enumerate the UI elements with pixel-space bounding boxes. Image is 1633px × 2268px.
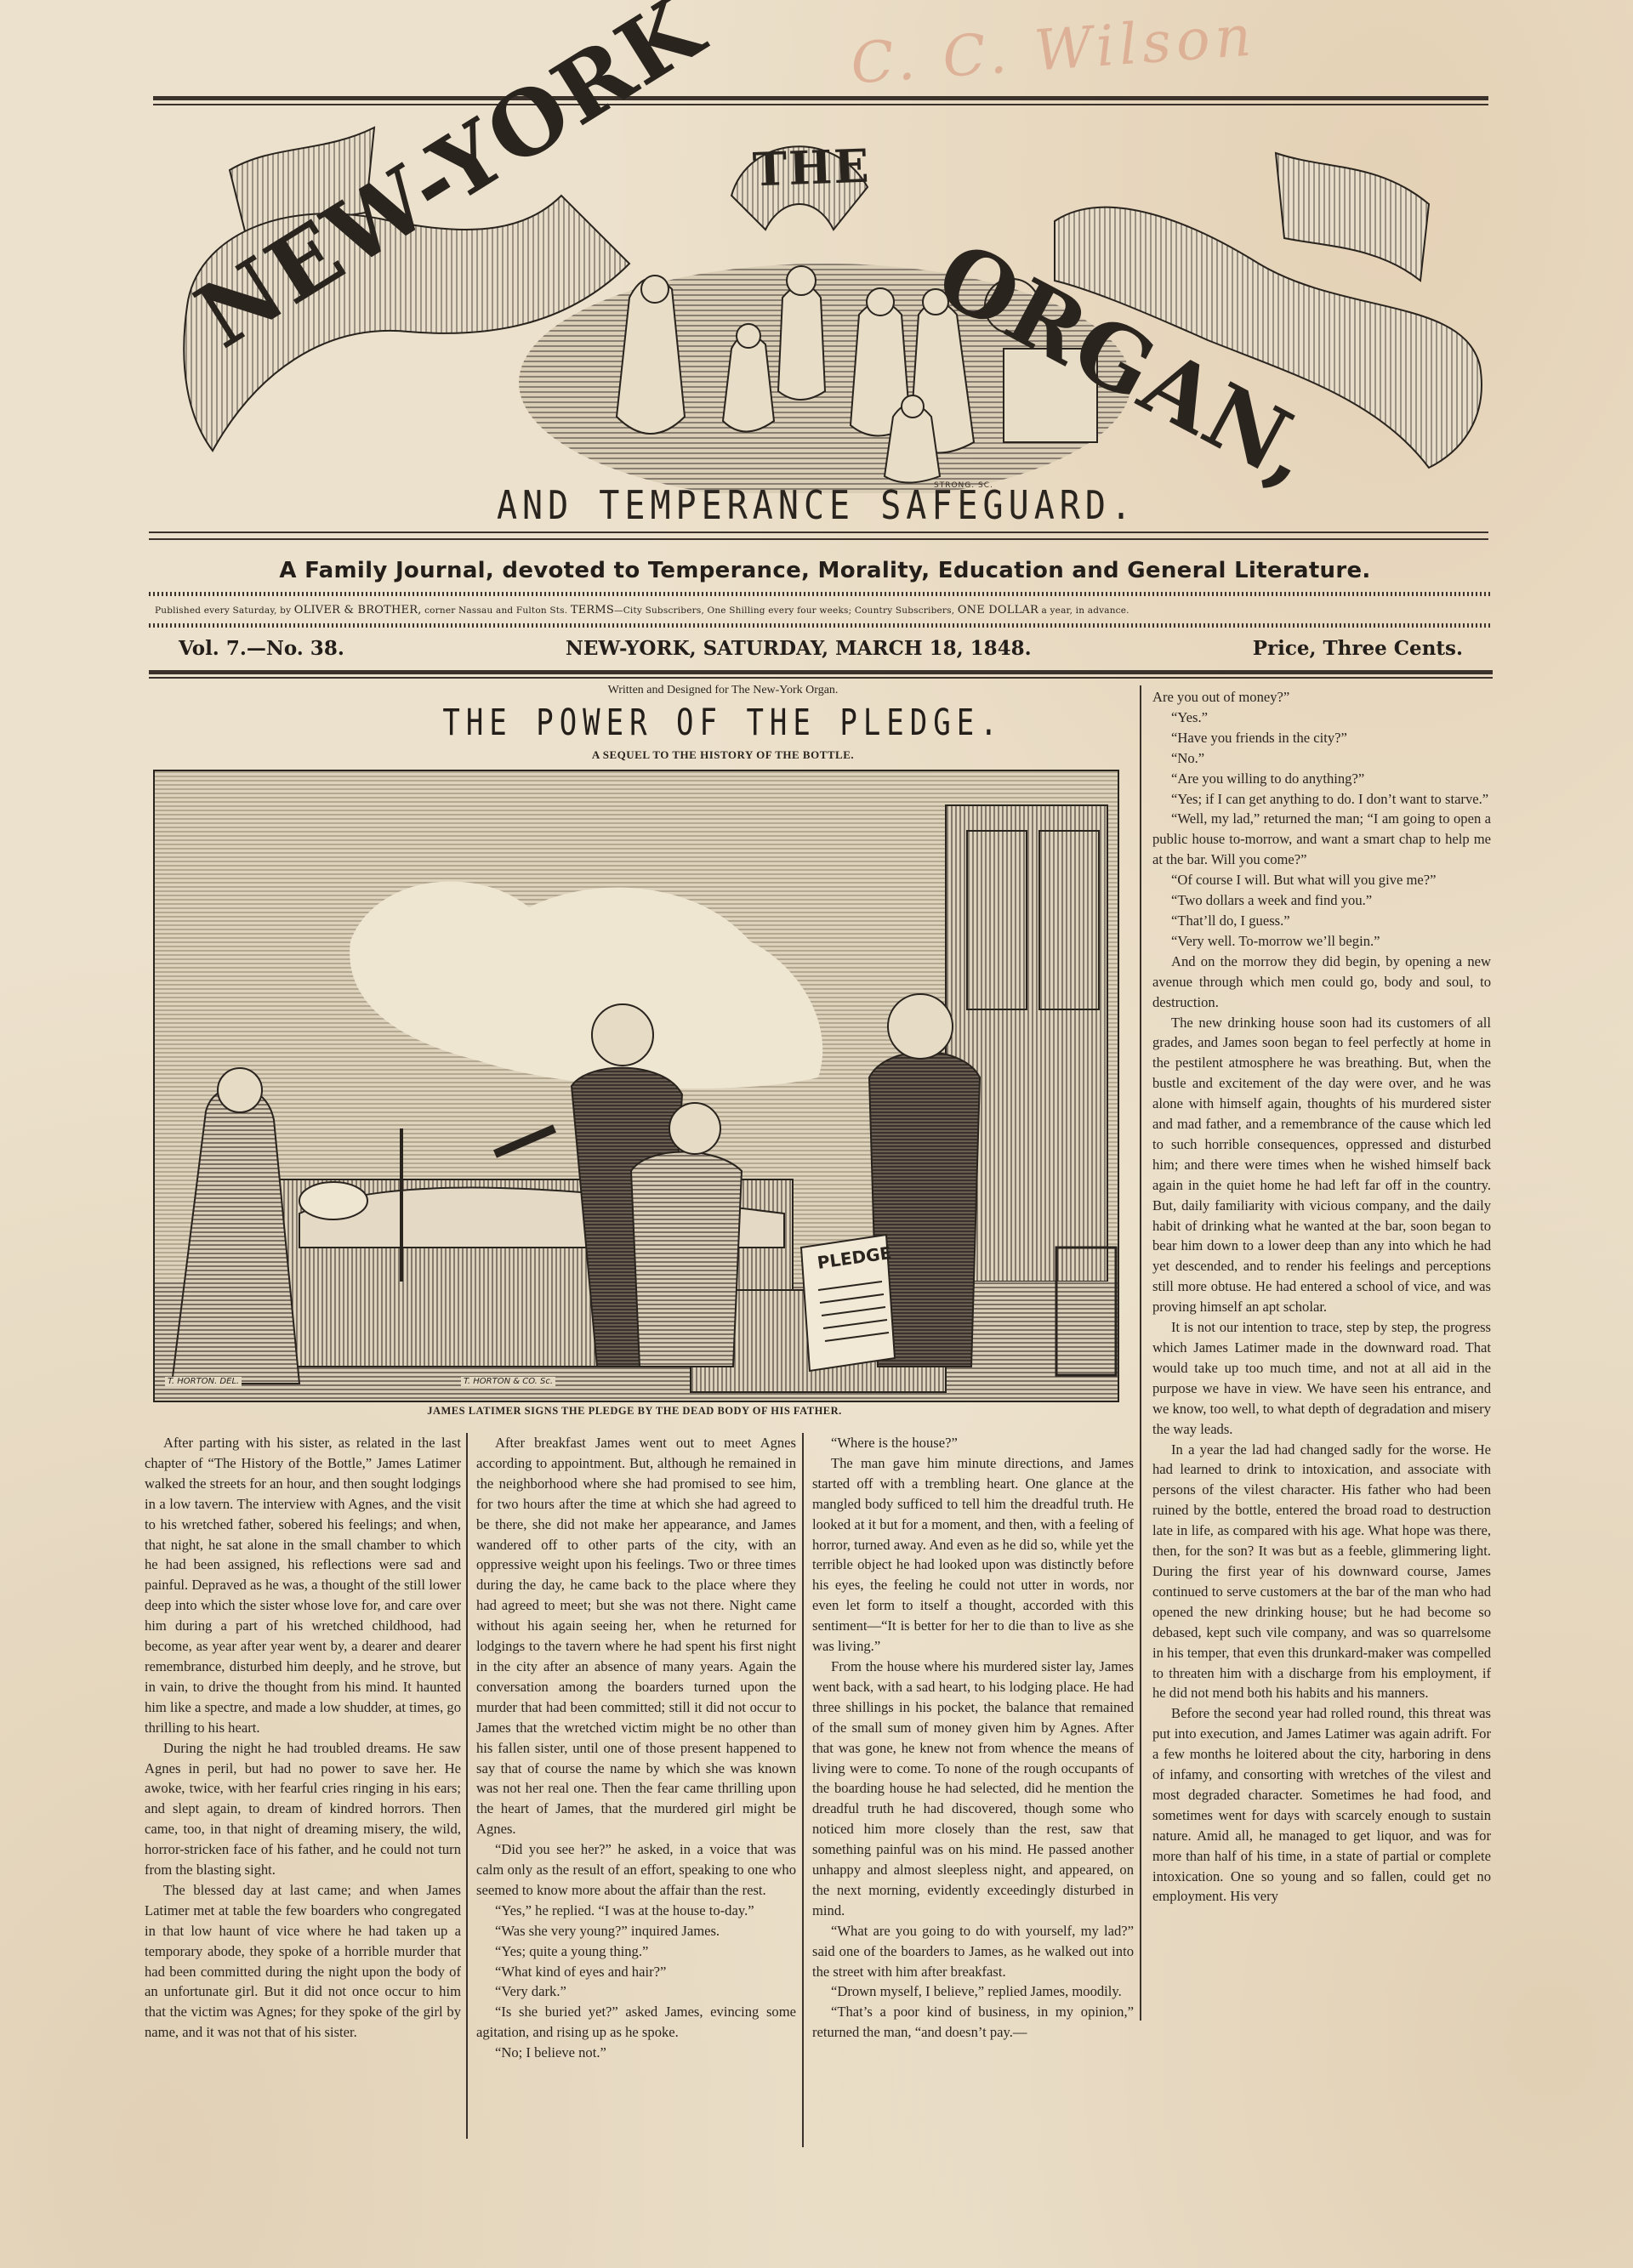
paragraph: Are you out of money?” <box>1152 687 1491 708</box>
subscription-price: ONE DOLLAR <box>958 604 1038 617</box>
paragraph: “Yes,” he replied. “I was at the house t… <box>476 1901 796 1921</box>
paragraph: After breakfast James went out to meet A… <box>476 1433 796 1839</box>
paragraph: “Well, my lad,” returned the man; “I am … <box>1152 809 1491 870</box>
paragraph: In a year the lad had changed sadly for … <box>1152 1440 1491 1704</box>
terms-advance: a year, in advance. <box>1038 605 1129 616</box>
article-title: THE POWER OF THE PLEDGE. <box>298 702 1148 744</box>
paragraph: “Did you see her?” he asked, in a voice … <box>476 1839 796 1901</box>
dateline: Vol. 7.—No. 38. NEW-YORK, SATURDAY, MARC… <box>179 637 1463 660</box>
volume-number: Vol. 7.—No. 38. <box>179 637 344 660</box>
wavy-rule-bottom <box>149 623 1493 628</box>
paragraph: “Of course I will. But what will you giv… <box>1152 870 1491 890</box>
dateline-rule-thin <box>149 677 1493 679</box>
article-illustration: PLEDGE T. HORTON. DEL. T. HORTON & CO. S… <box>153 770 1119 1402</box>
paragraph: “Have you friends in the city?” <box>1152 728 1491 748</box>
paragraph: “Yes.” <box>1152 708 1491 728</box>
paragraph: “Yes; if I can get anything to do. I don… <box>1152 789 1491 810</box>
article-column-2: After breakfast James went out to meet A… <box>476 1433 796 2063</box>
paragraph: During the night he had troubled dreams.… <box>145 1738 461 1880</box>
paragraph: The new drinking house soon had its cust… <box>1152 1013 1491 1318</box>
illustration-credit-left: T. HORTON. DEL. <box>165 1377 242 1386</box>
terms-label: TERMS <box>571 604 614 617</box>
paragraph: “That’ll do, I guess.” <box>1152 911 1491 931</box>
paragraph: “That’s a poor kind of business, in my o… <box>812 2002 1134 2043</box>
paragraph: It is not our intention to trace, step b… <box>1152 1317 1491 1439</box>
paragraph: “Very well. To-morrow we’ll begin.” <box>1152 931 1491 952</box>
masthead-the: THE <box>752 139 872 197</box>
paragraph: “What are you going to do with yourself,… <box>812 1921 1134 1982</box>
paragraph: Before the second year had rolled round,… <box>1152 1703 1491 1907</box>
issue-price: Price, Three Cents. <box>1253 637 1463 660</box>
paragraph: After parting with his sister, as relate… <box>145 1433 461 1738</box>
paragraph: The blessed day at last came; and when J… <box>145 1880 461 2043</box>
paragraph: “Is she buried yet?” asked James, evinci… <box>476 2002 796 2043</box>
paragraph: “Are you willing to do anything?” <box>1152 769 1491 789</box>
dateline-rule <box>149 670 1493 674</box>
paragraph: “Was she very young?” inquired James. <box>476 1921 796 1941</box>
paragraph: “Very dark.” <box>476 1981 796 2002</box>
illustration-credit-right: T. HORTON & CO. Sc. <box>461 1377 555 1386</box>
newspaper-page: C. C. Wilson <box>0 0 1633 2268</box>
article-column-3: “Where is the house?” The man gave him m… <box>812 1433 1134 2043</box>
illustration-caption: JAMES LATIMER SIGNS THE PLEDGE BY THE DE… <box>153 1405 1116 1418</box>
subtitle-rule-2 <box>149 538 1488 540</box>
column-divider-right <box>1140 685 1141 2021</box>
deathbed-pledge-engraving: PLEDGE <box>155 771 1118 1401</box>
article-column-4: Are you out of money?” “Yes.” “Have you … <box>1152 687 1491 1907</box>
paragraph: “Where is the house?” <box>812 1433 1134 1453</box>
paragraph: “Drown myself, I believe,” replied James… <box>812 1981 1134 2002</box>
paragraph: “What kind of eyes and hair?” <box>476 1962 796 1982</box>
paragraph: From the house where his murdered sister… <box>812 1657 1134 1921</box>
publisher-name: OLIVER & BROTHER, <box>294 604 422 617</box>
publisher-line: Published every Saturday, by OLIVER & BR… <box>155 604 1499 617</box>
column-divider-1 <box>466 1433 468 2139</box>
wavy-rule-top <box>149 592 1493 596</box>
subtitle-rule <box>149 531 1488 533</box>
paragraph: “Yes; quite a young thing.” <box>476 1941 796 1962</box>
column-divider-2 <box>802 1433 804 2147</box>
masthead-subtitle: AND TEMPERANCE SAFEGUARD. <box>0 484 1633 529</box>
issue-date: NEW-YORK, SATURDAY, MARCH 18, 1848. <box>566 637 1032 660</box>
article-subtitle: A SEQUEL TO THE HISTORY OF THE BOTTLE. <box>298 748 1148 762</box>
article-column-1: After parting with his sister, as relate… <box>145 1433 461 2043</box>
masthead: THE NEW-YORK ORGAN, STRONG. SC. <box>153 94 1488 493</box>
paragraph: “No; I believe not.” <box>476 2043 796 2063</box>
publisher-text: Published every Saturday, by <box>155 605 294 616</box>
paragraph: The man gave him minute directions, and … <box>812 1453 1134 1657</box>
paragraph: “No.” <box>1152 748 1491 769</box>
paragraph: And on the morrow they did begin, by ope… <box>1152 952 1491 1013</box>
terms-text: —City Subscribers, One Shilling every fo… <box>614 605 958 616</box>
article-credit: Written and Designed for The New-York Or… <box>298 684 1148 697</box>
masthead-motto: A Family Journal, devoted to Temperance,… <box>153 558 1497 583</box>
paragraph: “Two dollars a week and find you.” <box>1152 890 1491 911</box>
pencil-annotation: C. C. Wilson <box>849 3 1258 96</box>
publisher-address: corner Nassau and Fulton Sts. <box>422 605 571 616</box>
